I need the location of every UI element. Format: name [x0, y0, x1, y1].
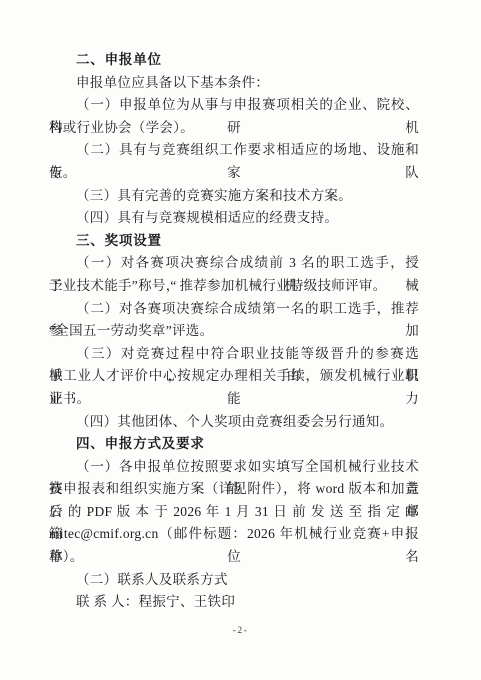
body-line: （一）各申报单位按照要求如实填写全国机械行业技术技能竞	[49, 456, 419, 479]
body-line: 申报单位应具备以下基本条件：	[49, 72, 419, 95]
body-line: （一）对各赛项决赛综合成绩前 3 名的职工选手，授予“机械	[49, 252, 419, 275]
email-line: mitec@cmif.org.cn（邮件标题：2026 年机械行业竞赛+申报单位…	[49, 523, 419, 546]
body-line: 械工业人才评价中心按规定办理相关手续，颁发机械行业职业能力	[49, 365, 419, 388]
body-line: （二）对各赛项决赛综合成绩第一名的职工选手，推荐参加	[49, 298, 419, 321]
section-heading-4: 四、申报方式及要求	[49, 433, 419, 456]
contact-line: 联 系 人：程振宁、王铁印	[49, 591, 419, 614]
body-line: （三）具有完善的竞赛实施方案和技术方案。	[49, 185, 419, 208]
body-line: 后 的 PDF 版 本 于 2026 年 1 月 31 日 前 发 送 至 指 …	[49, 501, 419, 524]
section-heading-3: 三、奖项设置	[49, 230, 419, 253]
body-line: （二）具有与竞赛组织工作要求相适应的场地、设施和专家队	[49, 139, 419, 162]
document-page: 二、申报单位 申报单位应具备以下基本条件： （一）申报单位为从事与申报赛项相关的…	[0, 0, 481, 680]
body-line: （三）对竞赛过程中符合职业技能等级晋升的参赛选手，由机	[49, 343, 419, 366]
document-body: 二、申报单位 申报单位应具备以下基本条件： （一）申报单位为从事与申报赛项相关的…	[49, 49, 419, 614]
body-line: 工业技术能手”称号，推荐参加机械行业特级技师评审。	[49, 275, 419, 298]
body-line: （一）申报单位为从事与申报赛项相关的企业、院校、科研机	[49, 94, 419, 117]
body-line: 赛申报表和组织实施方案（详见附件），将 word 版本和加盖公章	[49, 478, 419, 501]
body-line: （二）联系人及联系方式	[49, 569, 419, 592]
body-line: （四）其他团体、个人奖项由竞赛组委会另行通知。	[49, 411, 419, 434]
page-number: -2-	[0, 626, 481, 636]
body-line: （四）具有与竞赛规模相适应的经费支持。	[49, 207, 419, 230]
section-heading-2: 二、申报单位	[49, 49, 419, 72]
